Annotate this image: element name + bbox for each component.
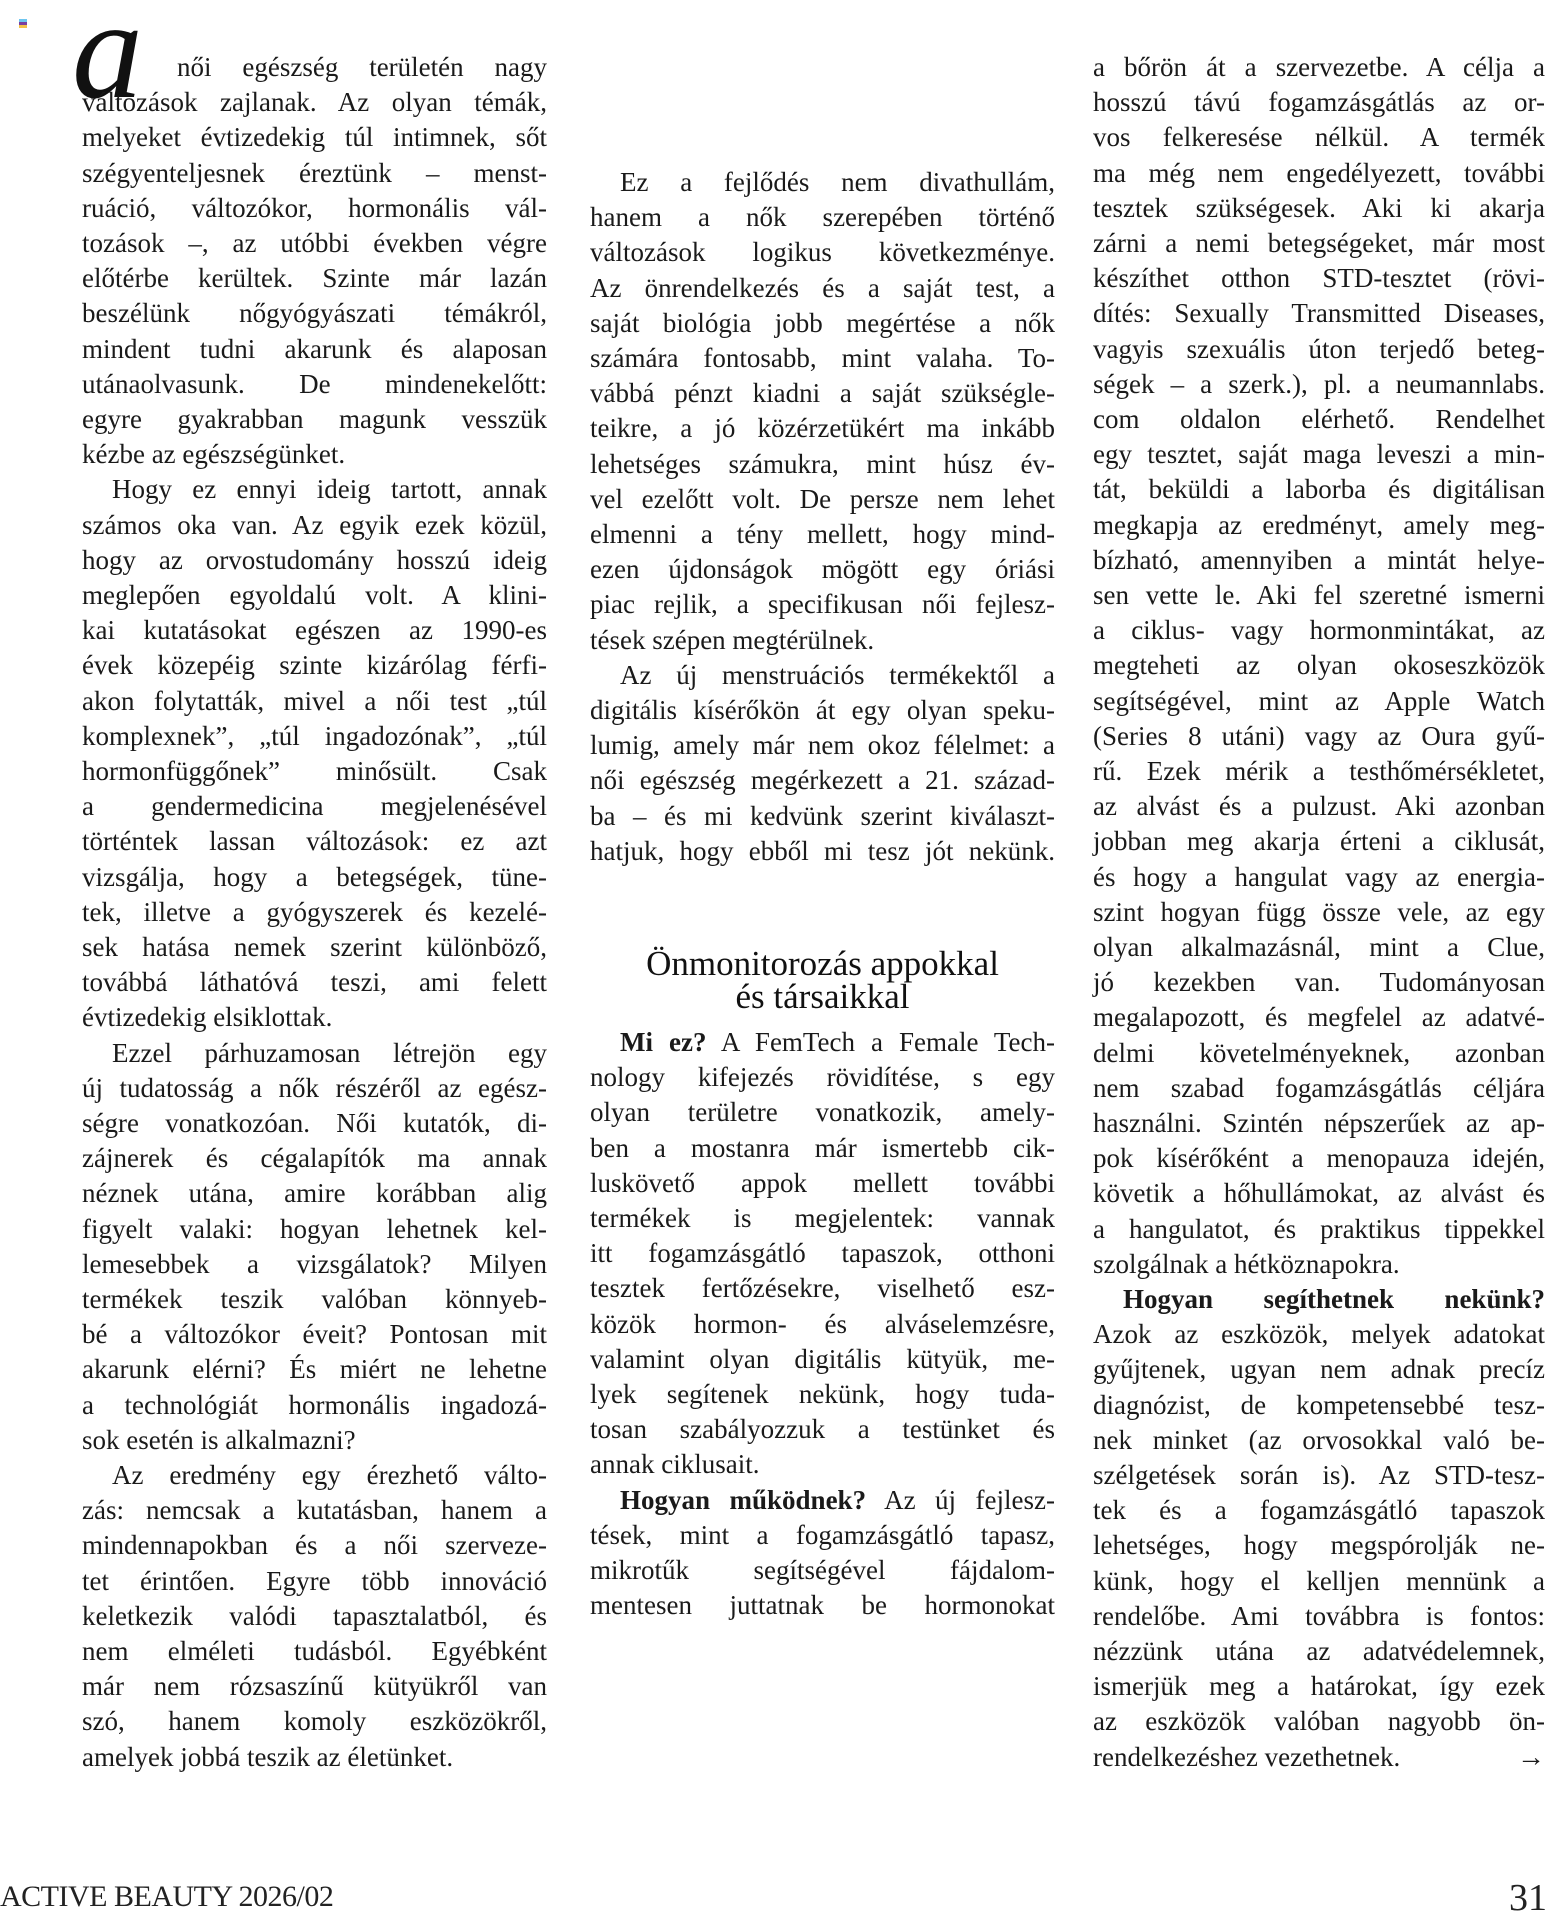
text-line: használni. Szintén népszerűek az ap- (1093, 1106, 1545, 1141)
text-line: komplexnek”, „túl ingadozónak”, „túl (82, 719, 547, 754)
text-line: ma még nem engedélyezett, további (1093, 156, 1545, 191)
text-line: termékek is megjelentek: vannak (590, 1201, 1055, 1236)
text-line: akarunk elérni? És miért ne lehetne (82, 1352, 547, 1387)
text-line: a ciklus- vagy hormonmintákat, az (1093, 613, 1545, 648)
text-line: hogy az orvostudomány hosszú ideig (82, 543, 547, 578)
text-line: digitális kísérőkön át egy olyan speku- (590, 693, 1055, 728)
text-line: szó, hanem komoly eszközökről, (82, 1704, 547, 1739)
text-line: a hangulatot, és praktikus tippekkel (1093, 1212, 1545, 1247)
text-line: egy tesztet, saját maga leveszi a min- (1093, 437, 1545, 472)
text-line: valamint olyan digitális kütyük, me- (590, 1342, 1055, 1377)
text-line: kai kutatásokat egészen az 1990-es (82, 613, 547, 648)
section-heading-line-1: Önmonitorozás appokkal (590, 947, 1055, 980)
text-line: mindennapokban és a női szerveze- (82, 1528, 547, 1563)
text-line: vel ezelőtt volt. De persze nem lehet (590, 482, 1055, 517)
bold-lead-in: Mi ez? (620, 1027, 706, 1057)
text-line: női egészség területén nagy (82, 50, 547, 85)
text-line: luskövető appok mellett további (590, 1166, 1055, 1201)
text-line: az eszközök valóban nagyobb ön- (1093, 1704, 1545, 1739)
text-line: ségre vonatkozóan. Női kutatók, di- (82, 1106, 547, 1141)
text-line: bízható, amennyiben a mintát helye- (1093, 543, 1545, 578)
text-line: változások zajlanak. Az olyan témák, (82, 85, 547, 120)
text-line: már nem rózsaszínű kütyükről van (82, 1669, 547, 1704)
text-line: olyan alkalmazásnál, mint a Clue, (1093, 930, 1545, 965)
text-line: történtek lassan változások: ez azt (82, 824, 547, 859)
text-line: ezen újdonságok mögött egy óriási (590, 552, 1055, 587)
text-line: melyeket évtizedekig túl intimnek, sőt (82, 120, 547, 155)
print-color-bar-icon (19, 19, 27, 28)
text-line: nem elméleti tudásból. Egyébként (82, 1634, 547, 1669)
text-line: jobban meg akarja érteni a ciklusát, (1093, 824, 1545, 859)
text-line: Mi ez? A FemTech a Female Tech- (590, 1025, 1055, 1060)
text-line: tek és a fogamzásgátló tapaszok (1093, 1493, 1545, 1528)
text-line: továbbá láthatóvá teszi, ami felett (82, 965, 547, 1000)
text-line: vos felkeresése nélkül. A termék (1093, 120, 1545, 155)
text-line: vábbá pénzt kiadni a saját szükségle- (590, 376, 1055, 411)
text-line: elmenni a tény mellett, hogy mind- (590, 517, 1055, 552)
text-line: hanem a nők szerepében történő (590, 200, 1055, 235)
text-line: vagyis szexuális úton terjedő beteg- (1093, 332, 1545, 367)
text-line: közök hormon- és alváselemzésre, (590, 1307, 1055, 1342)
text-line: meglepően egyoldalú volt. A klini- (82, 578, 547, 613)
text-line: tet érintően. Egyre több innováció (82, 1564, 547, 1599)
text-line: tesztek fertőzésekre, viselhető esz- (590, 1271, 1055, 1306)
text-line: com oldalon elérhető. Rendelhet (1093, 402, 1545, 437)
text-line: Hogyan működnek? Az új fejlesz- (590, 1483, 1055, 1518)
text-line: Ezzel párhuzamosan létrejön egy (82, 1036, 547, 1071)
text-line: tesztek szükségesek. Aki ki akarja (1093, 191, 1545, 226)
text-line: női egészség megérkezett a 21. század- (590, 763, 1055, 798)
text-line: tát, beküldi a laborba és digitálisan (1093, 472, 1545, 507)
text-line: megalapozott, és megfelel az adatvé- (1093, 1000, 1545, 1035)
text-line: tozások –, az utóbbi években végre (82, 226, 547, 261)
text-line: megteheti az olyan okoseszközök (1093, 648, 1545, 683)
text-line: szégyenteljesnek éreztünk – menst- (82, 156, 547, 191)
text-line: zárni a nemi betegségeket, már most (1093, 226, 1545, 261)
bold-lead-in: Hogyan működnek? (620, 1485, 866, 1515)
text-line: rendelkezéshez vezethetnek.→ (1093, 1740, 1545, 1775)
text-line: zás: nemcsak a kutatásban, hanem a (82, 1493, 547, 1528)
text-line: vizsgálja, hogy a betegségek, tüne- (82, 860, 547, 895)
magazine-footer-title: ACTIVE BEAUTY 2026/02 (0, 1880, 333, 1914)
text-line: hatjuk, hogy ebből mi tesz jót nekünk. (590, 834, 1055, 869)
text-line: és hogy a hangulat vagy az energia- (1093, 860, 1545, 895)
text-line: lehetséges számukra, mint húsz év- (590, 447, 1055, 482)
text-line: szolgálnak a hétköznapokra. (1093, 1247, 1545, 1282)
text-line: követik a hőhullámokat, az alvást és (1093, 1176, 1545, 1211)
text-line: akon folytatták, mivel a női test „túl (82, 684, 547, 719)
text-line: delmi követelményeknek, azonban (1093, 1036, 1545, 1071)
text-line: néznek utána, amire korábban alig (82, 1176, 547, 1211)
text-line: a gendermedicina megjelenésével (82, 789, 547, 824)
text-line: ismerjük meg a határokat, így ezek (1093, 1669, 1545, 1704)
text-line: lehetséges, hogy megspórolják ne- (1093, 1528, 1545, 1563)
text-line: diagnózist, de kompetensebbé tesz- (1093, 1388, 1545, 1423)
text-line: sok esetén is alkalmazni? (82, 1423, 547, 1458)
text-line: megkapja az eredményt, amely meg- (1093, 508, 1545, 543)
text-line: lumig, amely már nem okoz félelmet: a (590, 728, 1055, 763)
text-line: Hogy ez ennyi ideig tartott, annak (82, 472, 547, 507)
text-line: pok kísérőként a menopauza idején, (1093, 1141, 1545, 1176)
text-line: kézbe az egészségünket. (82, 437, 547, 472)
text-line: saját biológia jobb megértése a nők (590, 306, 1055, 341)
text-line: teikre, a jó közérzetükért ma inkább (590, 411, 1055, 446)
text-line: Az önrendelkezés és a saját test, a (590, 271, 1055, 306)
text-line: mindent tudni akarunk és alaposan (82, 332, 547, 367)
text-line: rendelőbe. Ami továbbra is fontos: (1093, 1599, 1545, 1634)
text-line: itt fogamzásgátló tapaszok, otthoni (590, 1236, 1055, 1271)
text-line: ba – és mi kedvünk szerint kiválaszt- (590, 799, 1055, 834)
text-line: (Series 8 utáni) vagy az Oura gyű- (1093, 719, 1545, 754)
text-line: lyek segítenek nekünk, hogy tuda- (590, 1377, 1055, 1412)
text-line: sen vette le. Aki fel szeretné ismerni (1093, 578, 1545, 613)
text-line: olyan területre vonatkozik, amely- (590, 1095, 1055, 1130)
text-line: szélgetések során is). Az STD-tesz- (1093, 1458, 1545, 1493)
text-line: ben a mostanra már ismertebb cik- (590, 1131, 1055, 1166)
text-line: nology kifejezés rövidítése, s egy (590, 1060, 1055, 1095)
text-line: tosan szabályozzuk a testünket és (590, 1412, 1055, 1447)
text-line: nézzünk utána az adatvédelemnek, (1093, 1634, 1545, 1669)
section-heading: Önmonitorozás appokkal és társaikkal (590, 947, 1055, 1013)
text-line: nek minket (az orvosokkal való be- (1093, 1423, 1545, 1458)
text-line: számos oka van. Az egyik ezek közül, (82, 508, 547, 543)
text-line: hosszú távú fogamzásgátlás az or- (1093, 85, 1545, 120)
text-line: termékek teszik valóban könnyeb- (82, 1282, 547, 1317)
text-line: nem szabad fogamzásgátlás céljára (1093, 1071, 1545, 1106)
text-line: előtérbe kerültek. Szinte már lazán (82, 261, 547, 296)
text-line: jó kezekben van. Tudományosan (1093, 965, 1545, 1000)
bold-lead-in: Hogyan segíthetnek nekünk? (1123, 1284, 1545, 1314)
text-line: Ez a fejlődés nem divathullám, (590, 165, 1055, 200)
text-line: mentesen juttatnak be hormonokat (590, 1588, 1055, 1623)
text-line: ségek – a szerk.), pl. a neumannlabs. (1093, 367, 1545, 402)
text-line: ruáció, változókor, hormonális vál- (82, 191, 547, 226)
text-line: tek, illetve a gyógyszerek és kezelé- (82, 895, 547, 930)
text-line: utánaolvasunk. De mindenekelőtt: (82, 367, 547, 402)
text-line: amelyek jobbá teszik az életünket. (82, 1740, 547, 1775)
text-line: tések szépen megtérülnek. (590, 623, 1055, 658)
text-line: dítés: Sexually Transmitted Diseases, (1093, 296, 1545, 331)
text-line: keletkezik valódi tapasztalatból, és (82, 1599, 547, 1634)
text-line: a bőrön át a szervezetbe. A célja a (1093, 50, 1545, 85)
text-line: segítségével, mint az Apple Watch (1093, 684, 1545, 719)
text-line: változások logikus következménye. (590, 235, 1055, 270)
text-line: mikrotűk segítségével fájdalom- (590, 1553, 1055, 1588)
text-line: beszélünk nőgyógyászati témákról, (82, 296, 547, 331)
text-line: gyűjtenek, ugyan nem adnak precíz (1093, 1352, 1545, 1387)
text-line: künk, hogy el kelljen mennünk a (1093, 1564, 1545, 1599)
text-line: számára fontosabb, mint valaha. To- (590, 341, 1055, 376)
text-line: szint hogyan függ össze vele, az egy (1093, 895, 1545, 930)
text-line: készíthet otthon STD-tesztet (rövi- (1093, 261, 1545, 296)
text-line: tések, mint a fogamzásgátló tapasz, (590, 1518, 1055, 1553)
text-line: egyre gyakrabban magunk vesszük (82, 402, 547, 437)
text-line: Az eredmény egy érezhető válto- (82, 1458, 547, 1493)
text-line: évtizedekig elsiklottak. (82, 1000, 547, 1035)
text-line: az alvást és a pulzust. Aki azonban (1093, 789, 1545, 824)
text-line: Azok az eszközök, melyek adatokat (1093, 1317, 1545, 1352)
text-line: lemesebbek a vizsgálatok? Milyen (82, 1247, 547, 1282)
text-line: piac rejlik, a specifikusan női fejlesz- (590, 587, 1055, 622)
text-line: évek közepéig szinte kizárólag férfi- (82, 648, 547, 683)
text-line: bé a változókor éveit? Pontosan mit (82, 1317, 547, 1352)
page-number: 31 (1509, 1876, 1547, 1916)
section-heading-line-2: és társaikkal (590, 980, 1055, 1013)
text-line: Hogyan segíthetnek nekünk? (1093, 1282, 1545, 1317)
text-line: rű. Ezek mérik a testhőmérsékletet, (1093, 754, 1545, 789)
text-line: sek hatása nemek szerint különböző, (82, 930, 547, 965)
text-line: a technológiát hormonális ingadozá- (82, 1388, 547, 1423)
text-line: hormonfüggőnek” minősült. Csak (82, 754, 547, 789)
text-line: figyelt valaki: hogyan lehetnek kel- (82, 1212, 547, 1247)
text-line: zájnerek és cégalapítók ma annak (82, 1141, 547, 1176)
text-line: annak ciklusait. (590, 1447, 1055, 1482)
continue-arrow-icon: → (1517, 1740, 1545, 1775)
text-line: új tudatosság a nők részéről az egész- (82, 1071, 547, 1106)
text-line: Az új menstruációs termékektől a (590, 658, 1055, 693)
